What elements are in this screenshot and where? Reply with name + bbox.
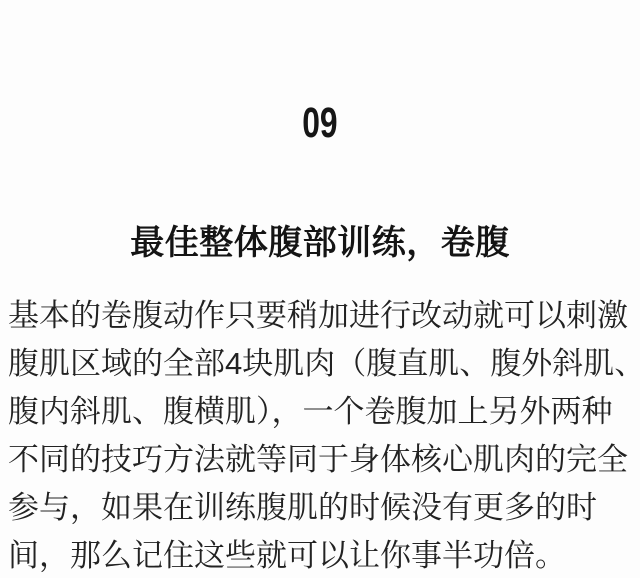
section-number: 09 xyxy=(0,101,640,145)
article-page: 09 最佳整体腹部训练，卷腹 基本的卷腹动作只要稍加进行改动就可以刺激 腹肌区域… xyxy=(0,0,640,578)
body-line: 腹内斜肌、腹横肌），一个卷腹加上另外两种 xyxy=(8,388,636,436)
article-body: 基本的卷腹动作只要稍加进行改动就可以刺激 腹肌区域的全部4块肌肉（腹直肌、腹外斜… xyxy=(8,292,636,578)
body-line: 基本的卷腹动作只要稍加进行改动就可以刺激 xyxy=(8,292,636,340)
article-title: 最佳整体腹部训练，卷腹 xyxy=(0,220,640,266)
body-line: 间，那么记住这些就可以让你事半功倍。 xyxy=(8,532,636,578)
section-number-text: 09 xyxy=(302,101,337,145)
body-line: 腹肌区域的全部4块肌肉（腹直肌、腹外斜肌、 xyxy=(8,340,636,388)
body-line: 参与，如果在训练腹肌的时候没有更多的时 xyxy=(8,484,636,532)
body-line: 不同的技巧方法就等同于身体核心肌肉的完全 xyxy=(8,436,636,484)
